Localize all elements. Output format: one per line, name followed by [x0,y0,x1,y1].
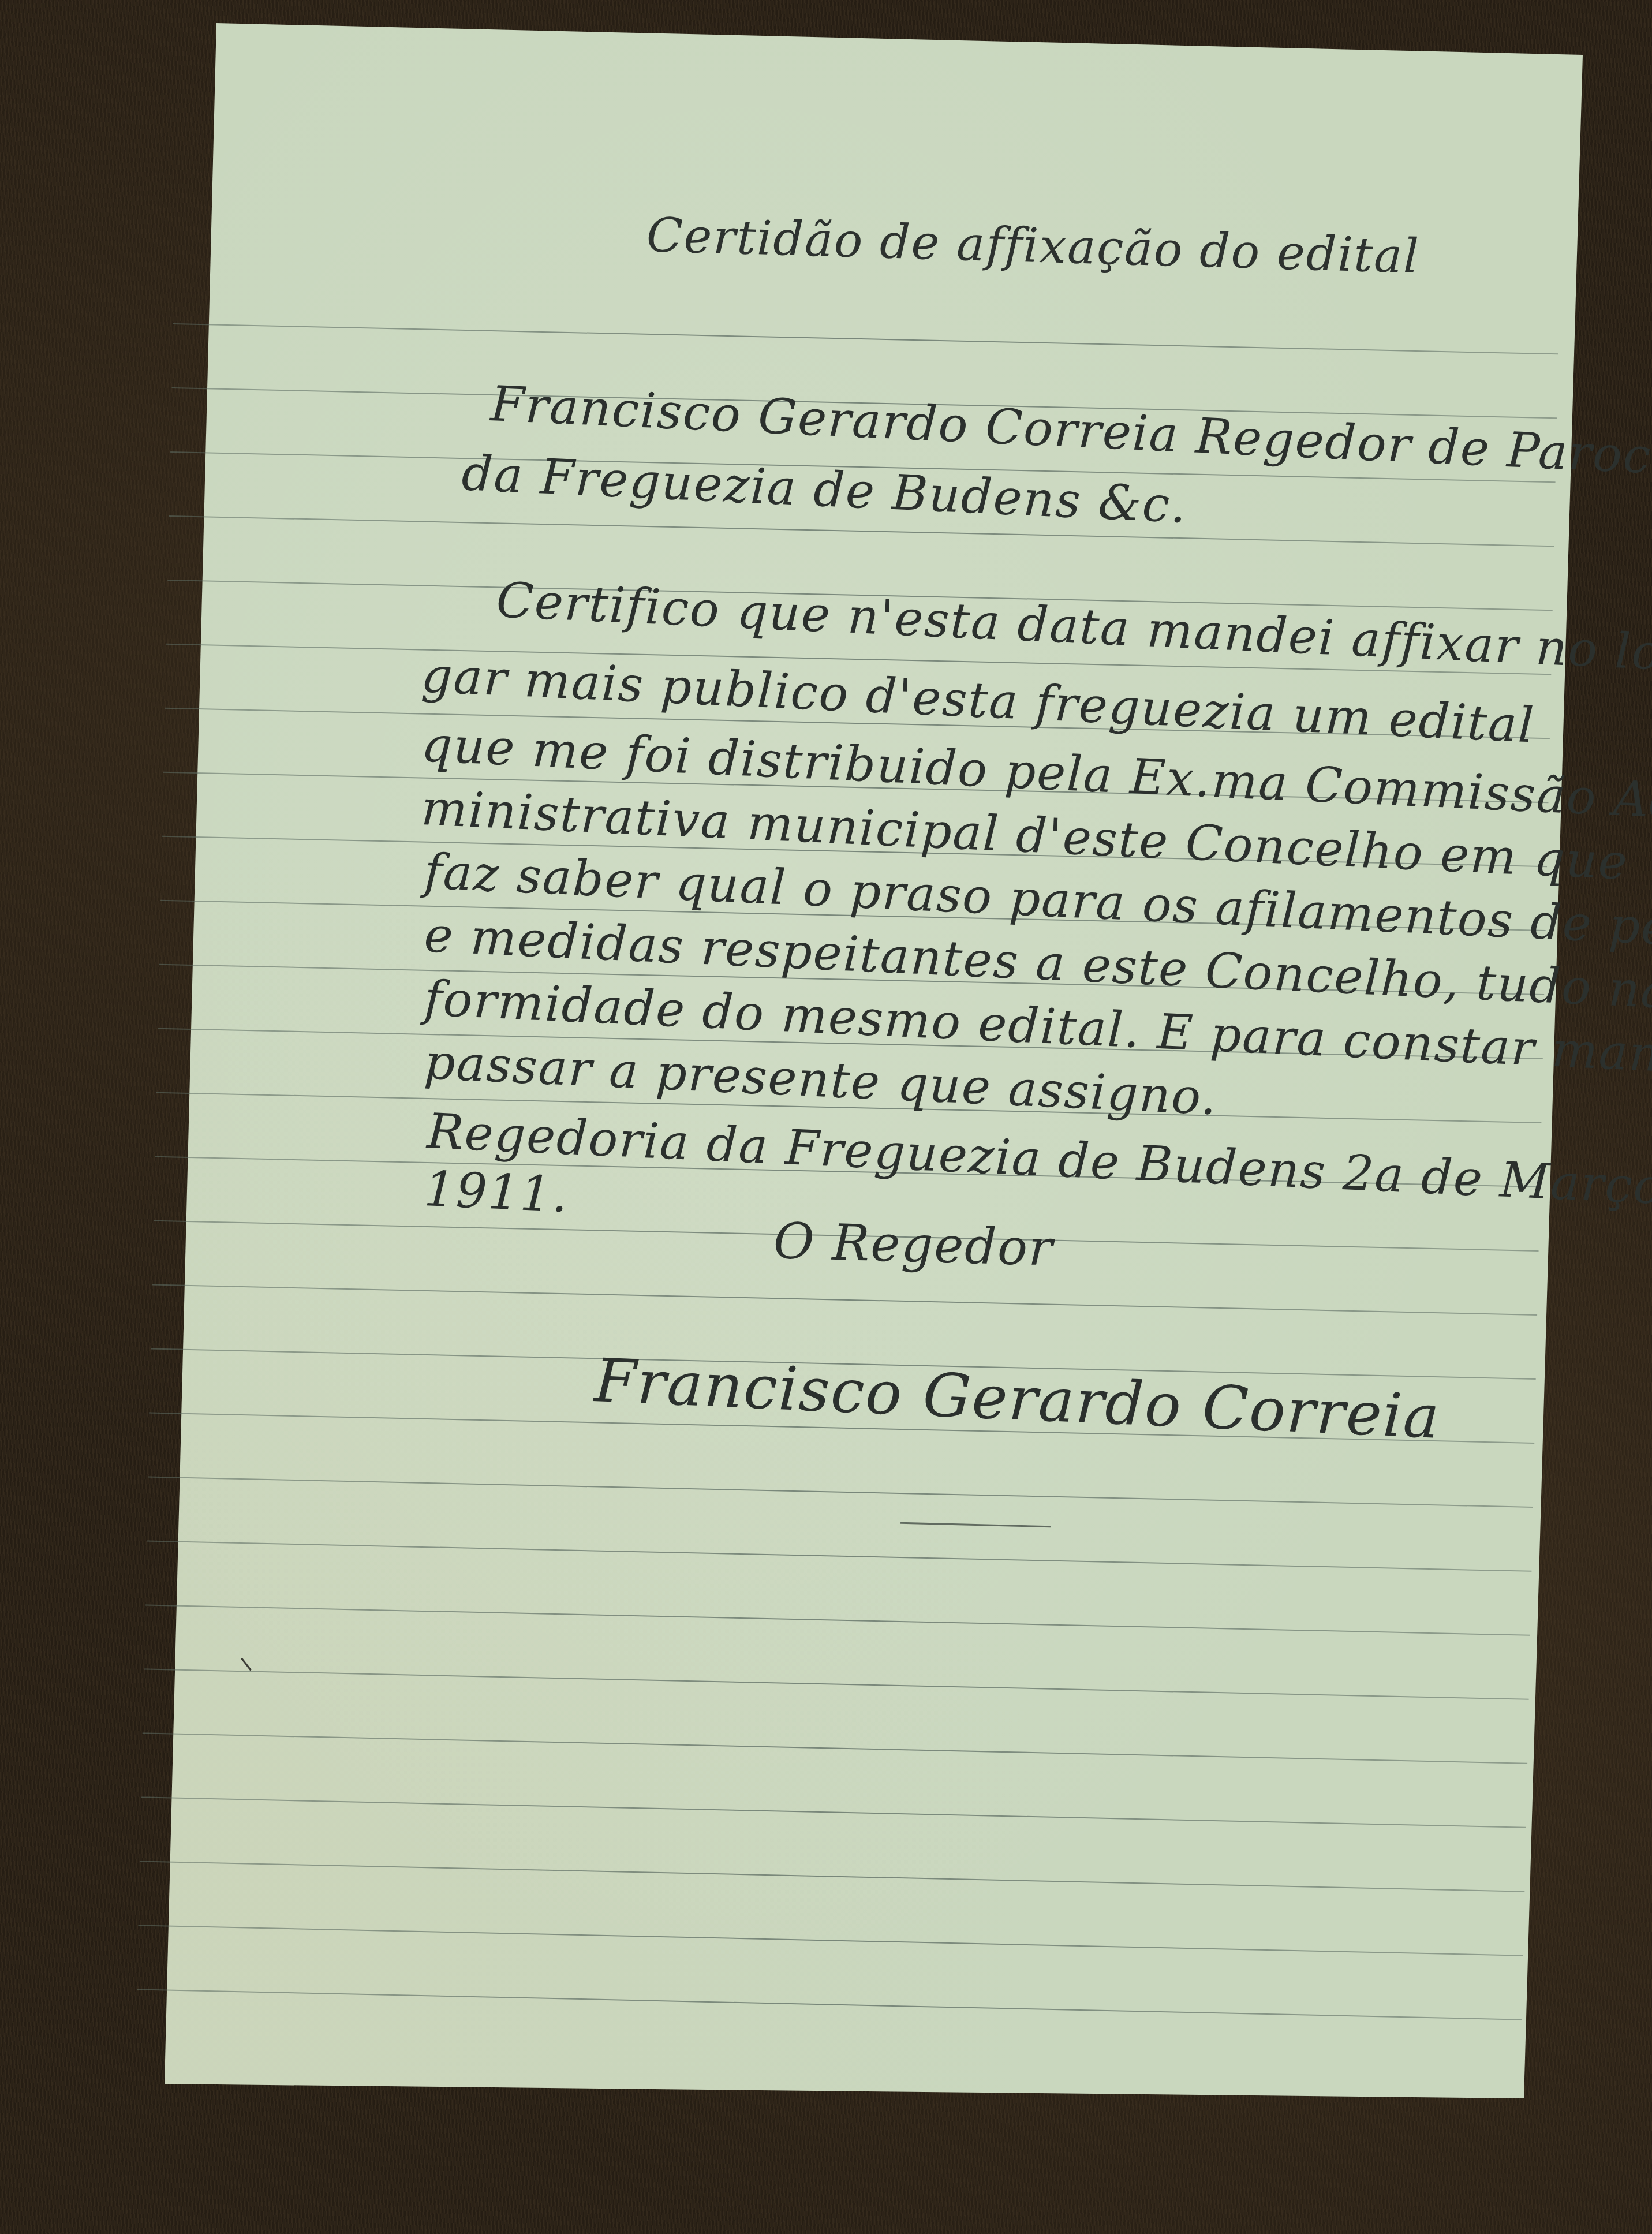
dateline-year: 1911. [423,1160,570,1223]
signature-role: O Regedor [773,1212,1055,1277]
paper-sheet [0,0,1652,2234]
